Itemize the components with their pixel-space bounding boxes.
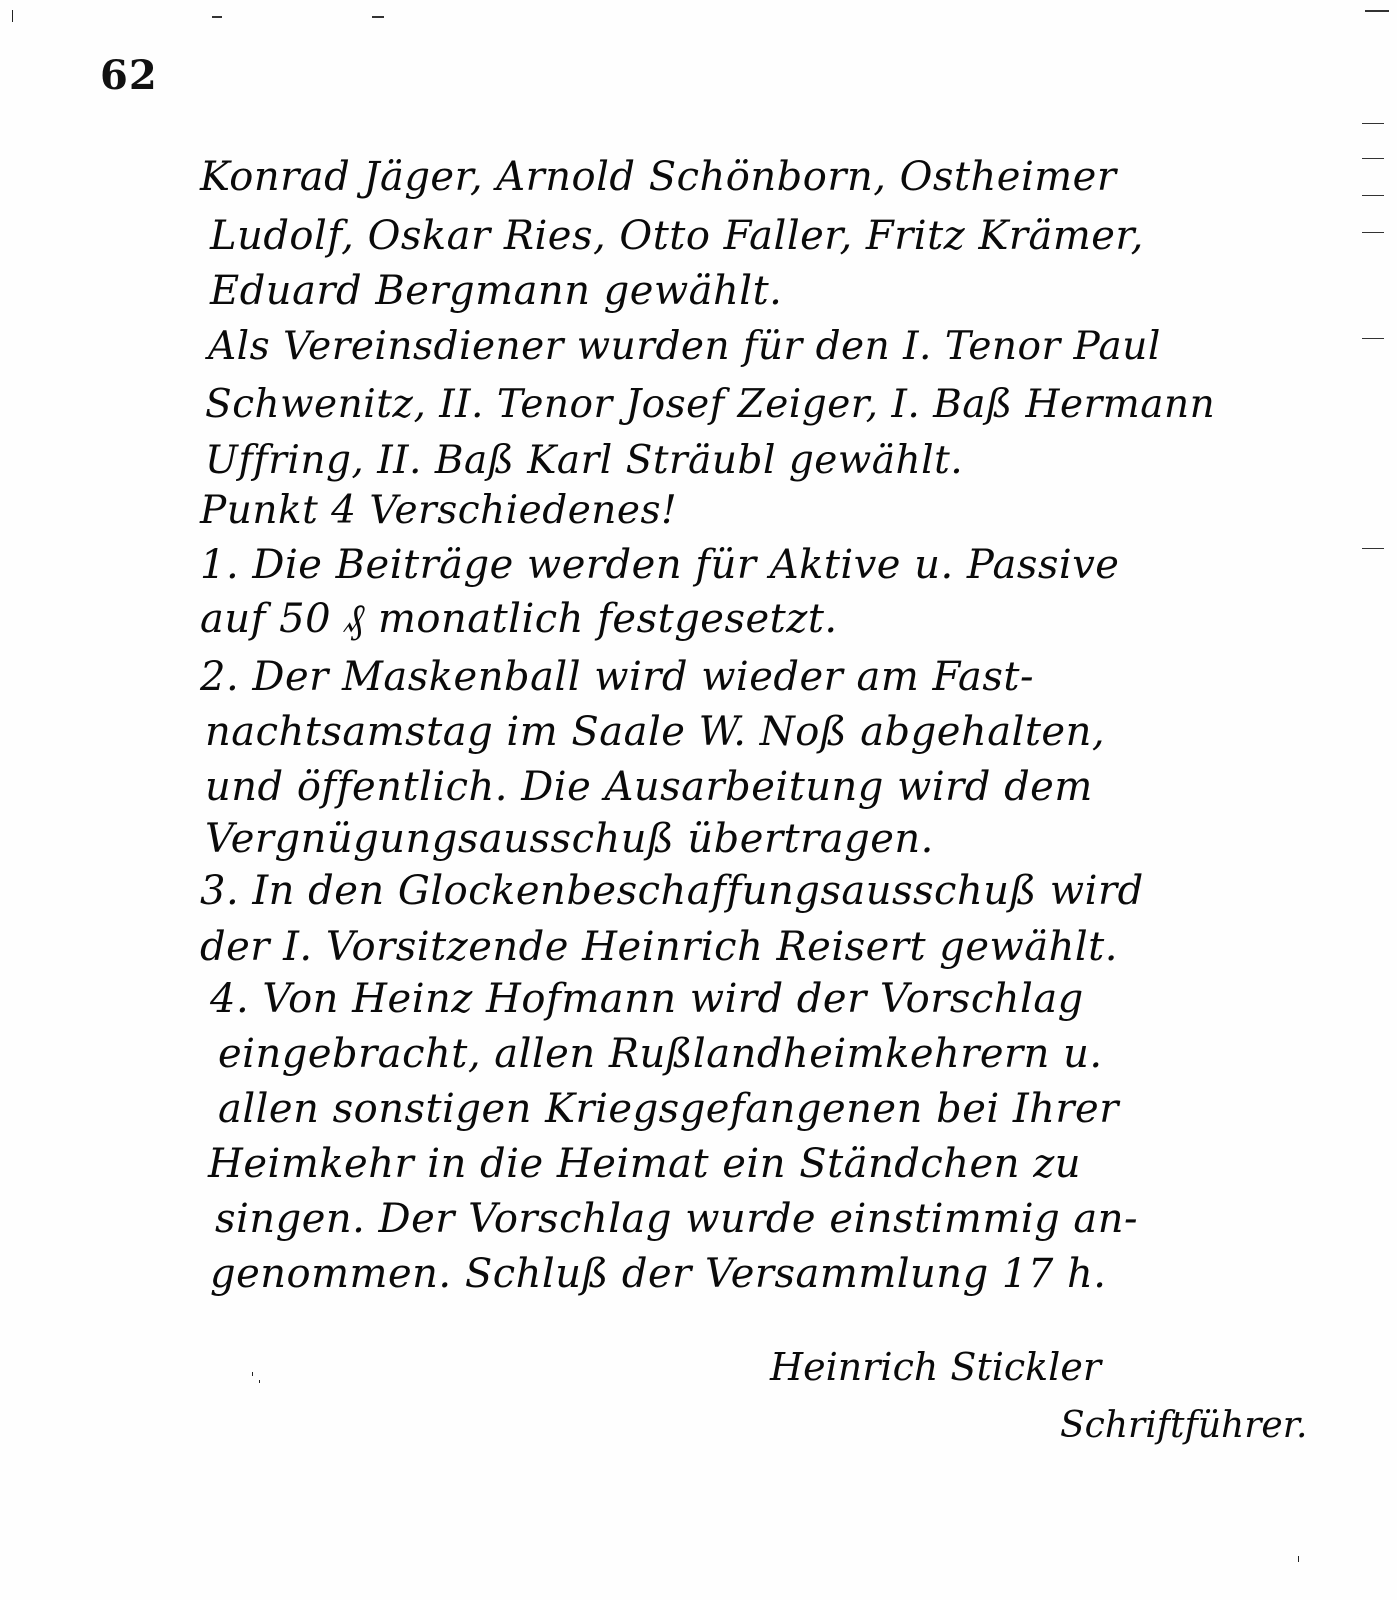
scan-artifact: [1365, 10, 1389, 12]
signature-role: Schriftführer.: [1060, 1405, 1307, 1446]
scan-artifact: [1362, 338, 1384, 339]
scan-artifact: [1362, 548, 1384, 549]
text-line: Eduard Bergmann gewählt.: [210, 262, 782, 320]
text-line: Schwenitz, II. Tenor Josef Zeiger, I. Ba…: [205, 376, 1215, 434]
scan-artifact: [1362, 232, 1384, 233]
text-line: Vergnügungsausschuß übertragen.: [205, 810, 934, 868]
text-line: genommen. Schluß der Versammlung 17 h.: [210, 1245, 1106, 1303]
text-line: Heimkehr in die Heimat ein Ständchen zu: [208, 1135, 1081, 1193]
text-line: nachtsamstag im Saale W. Noß abgehalten,: [205, 703, 1105, 761]
text-line: Als Vereinsdiener wurden für den I. Teno…: [208, 318, 1161, 376]
text-line: und öffentlich. Die Ausarbeitung wird de…: [205, 758, 1093, 816]
text-line: 1. Die Beiträge werden für Aktive u. Pas…: [200, 536, 1119, 594]
scan-artifact: [1362, 158, 1384, 159]
text-line: 2. Der Maskenball wird wieder am Fast-: [200, 648, 1034, 706]
scan-artifact: [12, 10, 13, 22]
scan-artifact: [259, 1380, 260, 1383]
text-line: Punkt 4 Verschiedenes!: [200, 482, 677, 540]
scan-artifact: [252, 1372, 253, 1376]
signature-name: Heinrich Stickler: [770, 1345, 1101, 1389]
text-line: allen sonstigen Kriegsgefangenen bei Ihr…: [218, 1080, 1119, 1138]
text-line: auf 50 ₰ monatlich festgesetzt.: [200, 590, 838, 648]
text-line: 4. Von Heinz Hofmann wird der Vorschlag: [210, 970, 1084, 1028]
text-line: Ludolf, Oskar Ries, Otto Faller, Fritz K…: [210, 207, 1144, 265]
scan-artifact: [372, 16, 384, 18]
scan-artifact: [1362, 195, 1384, 196]
text-line: Konrad Jäger, Arnold Schönborn, Ostheime…: [200, 148, 1116, 206]
text-line: 3. In den Glockenbeschaffungsausschuß wi…: [200, 862, 1144, 920]
page-number: 62: [100, 52, 158, 99]
text-line: eingebracht, allen Rußlandheimkehrern u.: [218, 1025, 1103, 1083]
scan-artifact: [212, 16, 222, 18]
text-line: singen. Der Vorschlag wurde einstimmig a…: [215, 1190, 1138, 1248]
text-line: der I. Vorsitzende Heinrich Reisert gewä…: [200, 918, 1118, 976]
scanned-document-page: 62 Konrad Jäger, Arnold Schönborn, Osthe…: [0, 0, 1397, 1600]
scan-artifact: [1298, 1556, 1299, 1562]
scan-artifact: [1362, 123, 1384, 124]
